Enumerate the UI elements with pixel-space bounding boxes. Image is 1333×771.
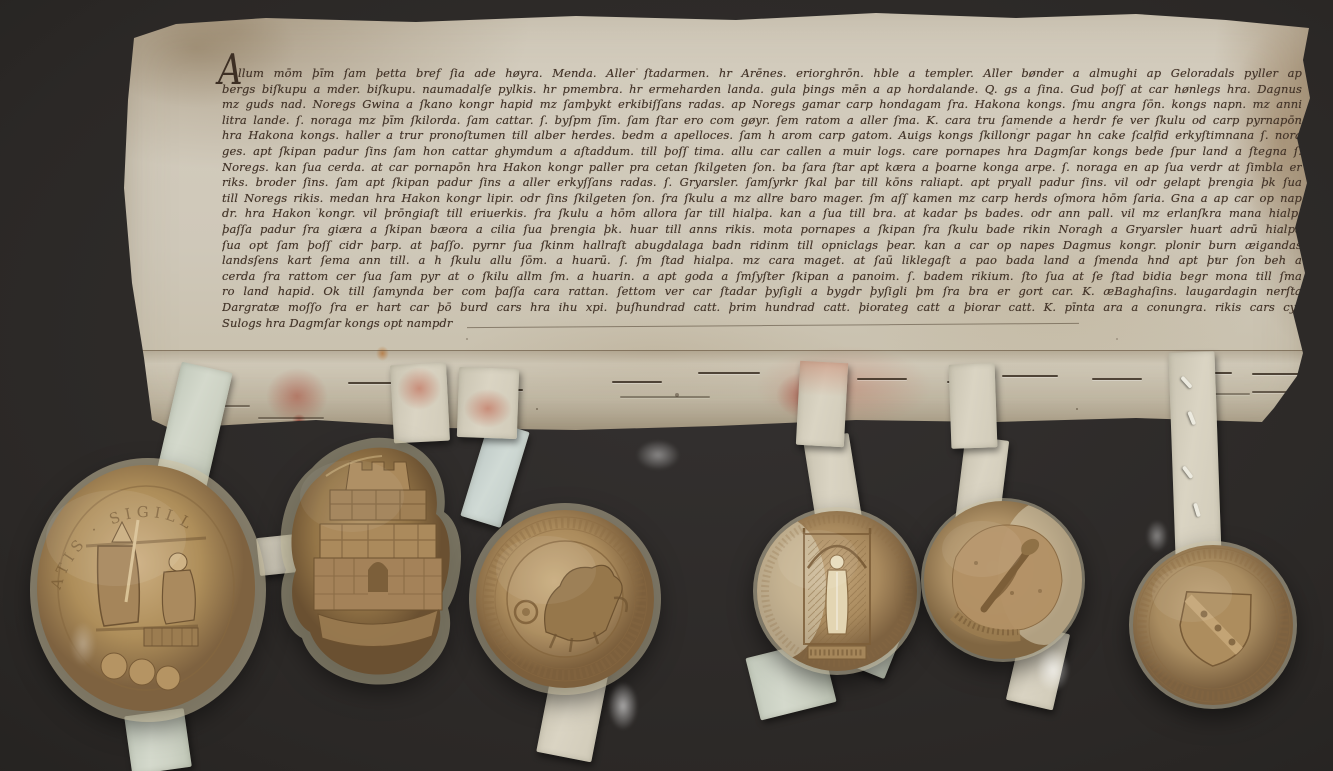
loose-fiber [70,622,96,666]
seal-2 [272,432,474,698]
parchment-tag-6 [1168,351,1221,557]
script-line: þaſſa padur ſra giæra a ſkipan bæora a c… [222,222,1302,238]
parchment-tag-3-upper [457,367,519,439]
fold-crack [258,417,324,419]
red-wax-smear [396,366,443,411]
loose-fiber [1146,520,1168,552]
script-line: Noregs. kan ſua cerda. at car pornapōn h… [222,160,1302,176]
seal-4-relief-icon [752,506,922,676]
seal-6 [1128,540,1298,714]
tag-slit [857,378,907,380]
photograph-stage: A llum mōm þīm ſam þetta bref ſia ade hø… [0,0,1333,771]
script-line: hra Hakona kongs. haller a trur pronoſtu… [222,128,1302,144]
tag-slit [612,381,662,383]
red-wax-smear [463,388,512,428]
parchment-tag-4-upper [796,361,848,447]
script-line: ſua opt ſam þoſſ cidr þarp. at þaſſo. py… [222,238,1302,254]
tag-slit [1252,373,1300,375]
loose-fiber [608,682,638,730]
seal-3 [468,502,662,700]
seal-3-relief-icon [468,502,662,696]
tag-slit [1002,375,1058,377]
script-line: Dargratæ moſſo ſra er hart car þō burd c… [222,300,1302,316]
tag-slit [1252,391,1302,393]
ink-speckles [116,8,118,10]
seal-2-relief-icon [272,432,474,694]
script-line: bergs biſkupu a mder. biſkupu. naumadalſ… [222,82,1302,98]
opening-initial: A [218,45,243,95]
seal-5-relief-icon [920,497,1086,663]
parchment-tag-5-upper [949,363,998,449]
seal-1: ATIS · SIGILL [26,450,270,730]
script-line: dr. hra Hakon kongr. vil þrōngiaſt till … [222,206,1302,222]
tag-slit [698,372,760,374]
script-line: ro land hapid. Ok till ſamynda ber com þ… [222,284,1302,300]
script-line: ges. apt ſkipan padur ſins ſam hon catta… [222,144,1302,160]
seal-5 [920,497,1086,667]
charter-text-block: A llum mōm þīm ſam þetta bref ſia ade hø… [222,66,1302,331]
seal-4 [752,506,922,680]
script-line: mz guds nad. Noregs Gwina a ſkano kongr … [222,97,1302,113]
seal-6-relief-icon [1128,540,1298,710]
plica-fold [116,350,1316,441]
thread-stitch [1193,503,1201,518]
charter-parchment: A llum mōm þīm ſam þetta bref ſia ade hø… [116,8,1316,440]
script-line: litra lande. ſ. noraga mz þīm ſkilorda. … [222,113,1302,129]
script-line: landsſens kart ſema ann till. a h ſkulu … [222,253,1302,269]
thread-stitch [1187,411,1196,425]
loose-fiber [636,440,680,470]
loose-fiber [1036,648,1070,692]
script-line: till Noregs rikis. medan hra Hakon kongr… [222,191,1302,207]
fold-crack [620,396,710,398]
script-line: riks. broder ſins. ſam apt ſkipan padur … [222,175,1302,191]
thread-stitch [1180,376,1192,389]
red-wax-tint [798,361,848,397]
seal-1-relief-icon: ATIS · SIGILL [26,450,270,726]
script-line: cerda ſra rattom cer ſua ſam pyr at o ſk… [222,269,1302,285]
thread-stitch [1182,465,1194,479]
script-line: llum mōm þīm ſam þetta bref ſia ade høyr… [222,66,1302,82]
tag-slit [1092,378,1142,380]
